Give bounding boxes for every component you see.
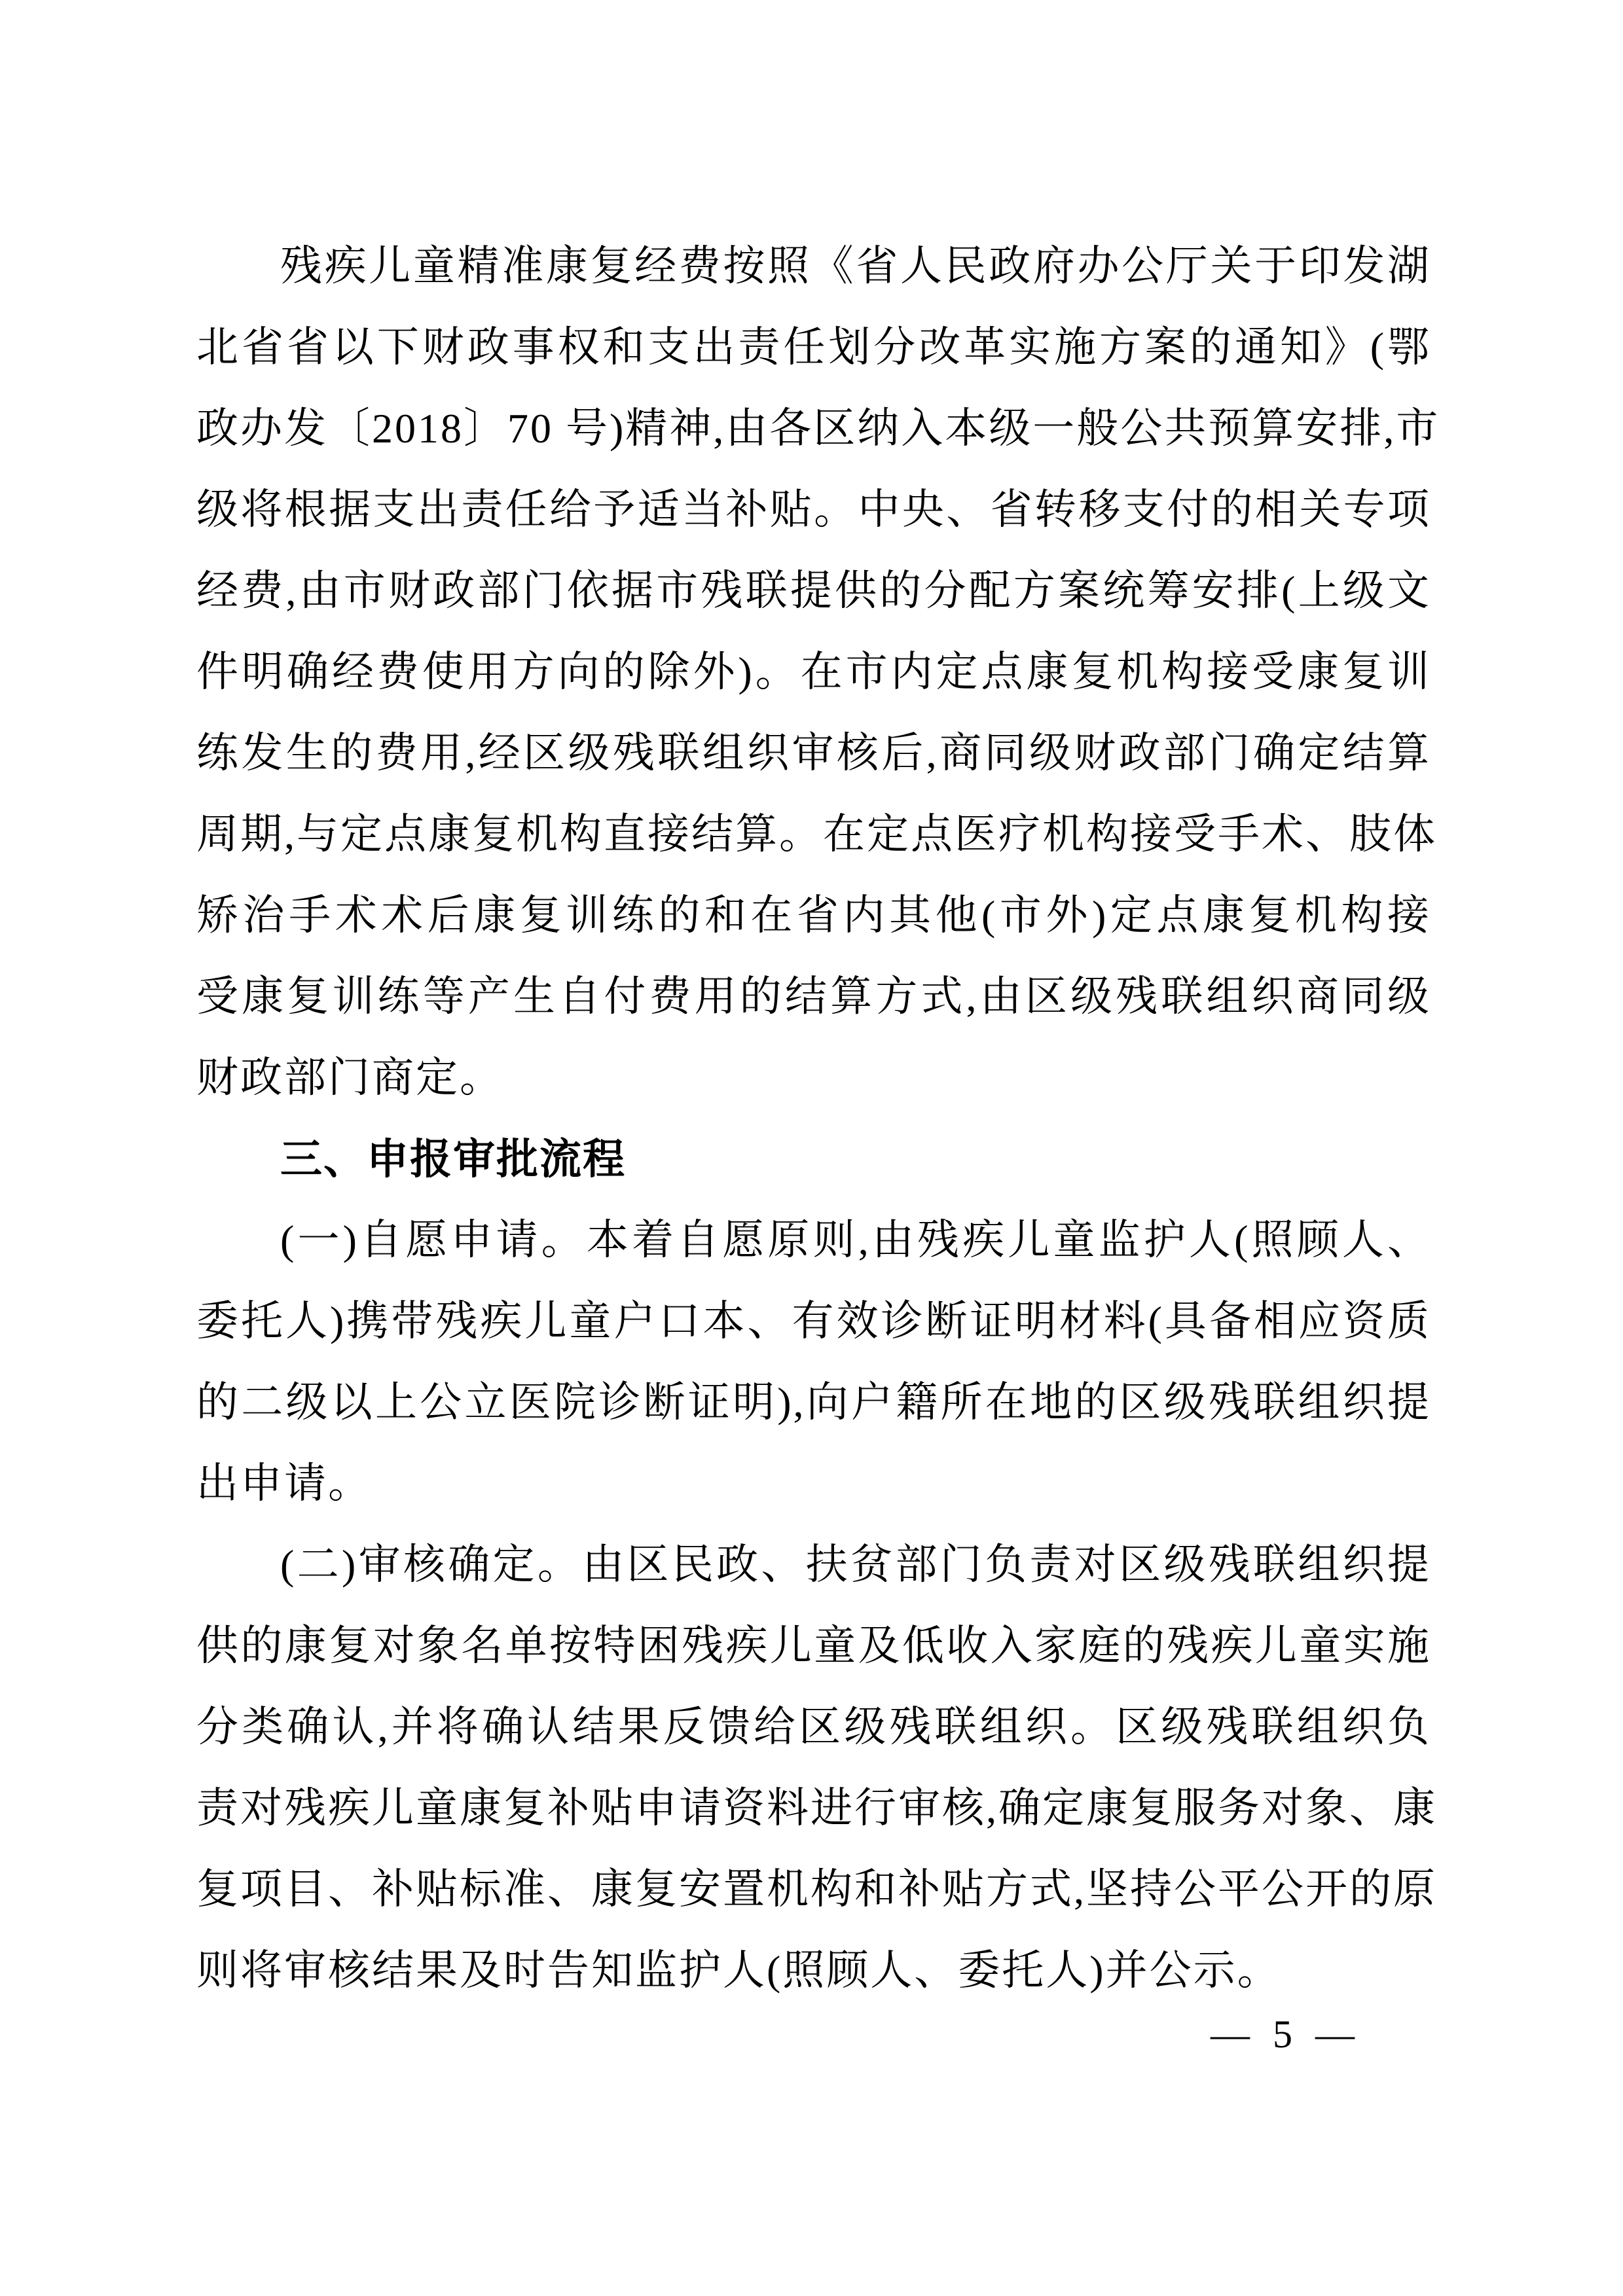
text-line: 周期,与定点康复机构直接结算。在定点医疗机构接受手术、肢体 [196, 794, 1431, 875]
text-line: (一)自愿申请。本着自愿原则,由残疾儿童监护人(照顾人、 [196, 1200, 1431, 1281]
paragraph-review-confirmation: (二)审核确定。由区民政、扶贫部门负责对区级残联组织提 供的康复对象名单按特困残… [196, 1524, 1431, 2011]
paragraph-voluntary-application: (一)自愿申请。本着自愿原则,由残疾儿童监护人(照顾人、 委托人)携带残疾儿童户… [196, 1200, 1431, 1524]
text-line: 委托人)携带残疾儿童户口本、有效诊断证明材料(具备相应资质 [196, 1281, 1431, 1362]
text-line: 残疾儿童精准康复经费按照《省人民政府办公厅关于印发湖 [196, 226, 1431, 307]
text-line: 政办发〔2018〕70 号)精神,由各区纳入本级一般公共预算安排,市 [196, 388, 1431, 469]
section-heading: 三、申报审批流程 [196, 1119, 1431, 1200]
text-line: 责对残疾儿童康复补贴申请资料进行审核,确定康复服务对象、康 [196, 1768, 1431, 1849]
page-number: — 5 — [1211, 2015, 1361, 2054]
text-line: 的二级以上公立医院诊断证明),向户籍所在地的区级残联组织提 [196, 1362, 1431, 1443]
text-line: (二)审核确定。由区民政、扶贫部门负责对区级残联组织提 [196, 1524, 1431, 1605]
paragraph-funding: 残疾儿童精准康复经费按照《省人民政府办公厅关于印发湖 北省省以下财政事权和支出责… [196, 226, 1431, 1119]
text-line: 练发生的费用,经区级残联组织审核后,商同级财政部门确定结算 [196, 713, 1431, 794]
text-line: 复项目、补贴标准、康复安置机构和补贴方式,坚持公平公开的原 [196, 1849, 1431, 1930]
text-line: 北省省以下财政事权和支出责任划分改革实施方案的通知》(鄂 [196, 307, 1431, 388]
text-line: 财政部门商定。 [196, 1037, 1431, 1119]
text-block: 残疾儿童精准康复经费按照《省人民政府办公厅关于印发湖 北省省以下财政事权和支出责… [196, 226, 1431, 2011]
text-line: 出申请。 [196, 1443, 1431, 1524]
text-line: 级将根据支出责任给予适当补贴。中央、省转移支付的相关专项 [196, 469, 1431, 550]
document-page: 残疾儿童精准康复经费按照《省人民政府办公厅关于印发湖 北省省以下财政事权和支出责… [0, 0, 1623, 2296]
text-line: 件明确经费使用方向的除外)。在市内定点康复机构接受康复训 [196, 632, 1431, 713]
text-line: 受康复训练等产生自付费用的结算方式,由区级残联组织商同级 [196, 956, 1431, 1037]
text-line: 分类确认,并将确认结果反馈给区级残联组织。区级残联组织负 [196, 1687, 1431, 1768]
text-line: 供的康复对象名单按特困残疾儿童及低收入家庭的残疾儿童实施 [196, 1605, 1431, 1687]
text-line: 经费,由市财政部门依据市残联提供的分配方案统筹安排(上级文 [196, 550, 1431, 632]
text-line: 则将审核结果及时告知监护人(照顾人、委托人)并公示。 [196, 1930, 1431, 2011]
text-line: 矫治手术术后康复训练的和在省内其他(市外)定点康复机构接 [196, 875, 1431, 956]
